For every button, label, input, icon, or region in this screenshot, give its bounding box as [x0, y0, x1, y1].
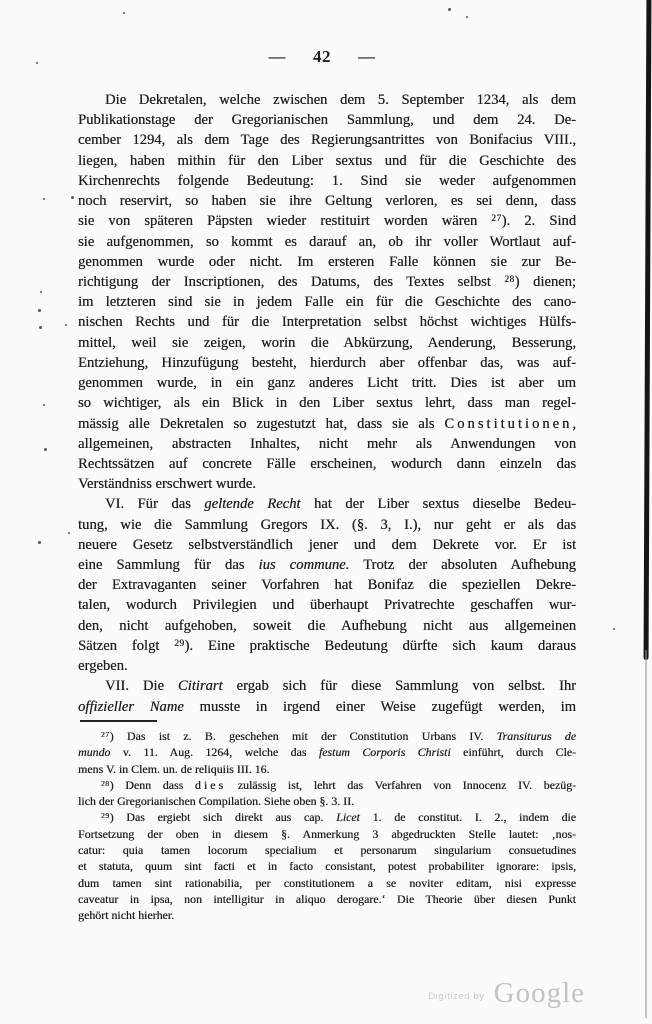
- text-line: genommen wurde oder nicht. Im ersteren F…: [78, 252, 576, 272]
- text-segment: den, nicht aufgehoben, soweit die Aufheb…: [78, 618, 576, 634]
- text-line: cember 1294, als dem Tage des Regierungs…: [78, 130, 576, 150]
- text-segment: musste in irgend einer Weise zugefügt we…: [184, 699, 576, 715]
- page-number-value: 42: [313, 47, 331, 67]
- text-segment: genommen wurde oder nicht. Im ersteren F…: [78, 254, 576, 270]
- text-segment: Verständniss erschwert wurde.: [78, 476, 256, 492]
- text-segment: Die Dekretalen, welche zwischen dem 5. S…: [105, 92, 576, 108]
- text-line: liegen, haben mithin für den Liber sextu…: [78, 151, 576, 171]
- text-segment: mens V. in Clem. un. de reliquiis III. 1…: [78, 762, 269, 776]
- text-line: so wichtiger, als ein Blick in den Liber…: [78, 393, 576, 413]
- text-line: allgemeinen, abstracten Inhaltes, nicht …: [78, 434, 576, 454]
- watermark-prefix: Digitized by: [428, 991, 484, 1002]
- scan-speck: [38, 541, 41, 544]
- text-line: ergeben.: [78, 656, 576, 676]
- text-line: sie von späteren Päpsten wieder restitui…: [78, 211, 576, 231]
- book-page: — 42 — Die Dekretalen, welche zwischen d…: [0, 0, 652, 1024]
- google-logo: Google: [494, 977, 585, 1010]
- text-line: Die Dekretalen, welche zwischen dem 5. S…: [78, 90, 576, 110]
- text-line: im letzteren sind sie in jedem Falle ein…: [78, 292, 576, 312]
- text-line: Kirchenrechts folgende Bedeutung: 1. Sin…: [78, 171, 576, 191]
- text-segment: VII. Die: [105, 678, 178, 694]
- scan-speck: [39, 326, 42, 329]
- text-line: mittel, weil sie zeigen, worin die Abkür…: [78, 333, 576, 353]
- text-line: eine Sammlung für das ius commune. Trotz…: [78, 555, 576, 575]
- text-segment: Transiturus de: [497, 729, 576, 743]
- text-segment: allgemeinen, abstracten Inhaltes, nicht …: [78, 436, 576, 452]
- text-segment: ) Das ergiebt sich direkt aus cap.: [110, 810, 336, 824]
- text-line: Publikationstage der Gregorianischen Sam…: [78, 110, 576, 130]
- scan-speck: [466, 16, 468, 18]
- text-segment: ) Das ist z. B. geschehen mit der Consti…: [110, 729, 497, 743]
- page-edge-line: [645, 650, 647, 1018]
- text-segment: ). Eine praktische Bedeutung dürfte sich…: [185, 638, 576, 654]
- text-segment: Rechtssätzen auf concrete Fälle erschein…: [78, 456, 576, 472]
- page-number-dash-right: —: [358, 47, 376, 67]
- footnote-separator-rule: [80, 720, 157, 722]
- text-line: VI. Für das geltende Recht hat der Liber…: [78, 494, 576, 514]
- text-segment: noch reservirt, so haben sie ihre Geltun…: [78, 193, 576, 209]
- scan-speck: [123, 12, 125, 14]
- footnote-marker: 29: [101, 811, 110, 820]
- text-segment: VI. Für das: [105, 496, 204, 512]
- text-line: talen, wodurch Privilegien und überhaupt…: [78, 595, 576, 615]
- text-segment: gehört nicht hierher.: [78, 908, 174, 922]
- scan-speck: [43, 404, 45, 406]
- text-segment: Licet: [336, 810, 360, 824]
- text-segment: Citirart: [178, 678, 223, 694]
- text-segment: Constitutionen: [444, 416, 572, 432]
- text-segment: ) Denn dass: [110, 778, 195, 792]
- text-segment: neuere Gesetz selbstverständlich jener u…: [78, 537, 576, 553]
- text-segment: Trotz der absoluten Aufhebung: [349, 557, 576, 573]
- scan-speck: [36, 62, 38, 64]
- text-line: Entziehung, Hinzufügung besteht, hierdur…: [78, 353, 576, 373]
- text-segment: caveatur in ipsa, non intelligitur in al…: [78, 892, 576, 906]
- text-line: gehört nicht hierher.: [78, 907, 576, 923]
- text-segment: nischen Rechts und für die Interpretatio…: [78, 314, 576, 330]
- text-segment: ius commune.: [259, 557, 350, 573]
- scan-speck: [43, 198, 45, 200]
- footnote-marker: 29: [174, 639, 184, 649]
- text-segment: talen, wodurch Privilegien und überhaupt…: [78, 597, 576, 613]
- text-line: offizieller Name musste in irgend einer …: [78, 697, 576, 717]
- main-text-block: Die Dekretalen, welche zwischen dem 5. S…: [78, 90, 576, 717]
- text-line: et statuta, quum sint facti et in facto …: [78, 858, 576, 874]
- text-line: 29) Das ergiebt sich direkt aus cap. Lic…: [78, 809, 576, 825]
- text-line: genommen wurde, in ein ganz anderes Lich…: [78, 373, 576, 393]
- text-segment: sie von späteren Päpsten wieder restitui…: [78, 213, 491, 229]
- text-line: der Extravaganten seiner Vorfahren hat B…: [78, 575, 576, 595]
- text-line: 27) Das ist z. B. geschehen mit der Cons…: [78, 728, 576, 744]
- text-line: noch reservirt, so haben sie ihre Geltun…: [78, 191, 576, 211]
- footnote-marker: 28: [504, 275, 514, 285]
- text-segment: ,: [572, 416, 576, 432]
- text-segment: tung, wie die Sammlung Gregors IX. (§. 3…: [78, 517, 576, 533]
- scan-speck: [38, 309, 41, 312]
- text-segment: dum tamen sint rationabilia, per constit…: [78, 876, 576, 890]
- scan-speck: [68, 532, 70, 534]
- text-segment: einführt, durch Cle-: [451, 745, 576, 759]
- text-segment: dies: [195, 778, 226, 792]
- text-line: mässig alle Dekretalen so zugestutzt hat…: [78, 414, 576, 434]
- text-segment: ergab sich für diese Sammlung von selbst…: [223, 678, 576, 694]
- text-line: caveatur in ipsa, non intelligitur in al…: [78, 891, 576, 907]
- page-number: — 42 —: [0, 47, 644, 67]
- text-segment: catur: quia tamen locorum specialium et …: [78, 843, 576, 857]
- text-segment: eine Sammlung für das: [78, 557, 259, 573]
- scan-speck: [40, 291, 42, 293]
- page-number-dash-left: —: [269, 47, 287, 67]
- text-segment: Fortsetzung der oben in diesem §. Anmerk…: [78, 827, 576, 841]
- text-line: mens V. in Clem. un. de reliquiis III. 1…: [78, 761, 576, 777]
- text-segment: lich der Gregorianischen Compilation. Si…: [78, 794, 354, 808]
- text-segment: hat der Liber sextus dieselbe Bedeu-: [300, 496, 576, 512]
- text-segment: ). 2. Sind: [502, 213, 576, 229]
- text-line: Verständniss erschwert wurde.: [78, 474, 576, 494]
- text-line: catur: quia tamen locorum specialium et …: [78, 842, 576, 858]
- footnotes-block: 27) Das ist z. B. geschehen mit der Cons…: [78, 728, 576, 924]
- text-line: sie aufgenommen, so kommt es darauf an, …: [78, 232, 576, 252]
- text-line: neuere Gesetz selbstverständlich jener u…: [78, 535, 576, 555]
- text-segment: sie aufgenommen, so kommt es darauf an, …: [78, 234, 576, 250]
- page-edge-shadow: [644, 0, 652, 660]
- text-segment: mundo: [78, 745, 110, 759]
- scan-speck: [448, 8, 451, 11]
- text-line: richtigung der Inscriptionen, des Datums…: [78, 272, 576, 292]
- text-line: den, nicht aufgehoben, soweit die Aufheb…: [78, 616, 576, 636]
- text-segment: Entziehung, Hinzufügung besteht, hierdur…: [78, 355, 576, 371]
- scan-speck: [613, 628, 615, 630]
- text-segment: richtigung der Inscriptionen, des Datums…: [78, 274, 504, 290]
- text-segment: et statuta, quum sint facti et in facto …: [78, 859, 576, 873]
- text-line: Sätzen folgt 29). Eine praktische Bedeut…: [78, 636, 576, 656]
- text-line: nischen Rechts und für die Interpretatio…: [78, 312, 576, 332]
- text-segment: zulässig ist, lehrt das Verfahren von In…: [226, 778, 576, 792]
- text-segment: 1. de constitut. I. 2., indem die: [360, 810, 576, 824]
- text-line: Fortsetzung der oben in diesem §. Anmerk…: [78, 826, 576, 842]
- text-line: dum tamen sint rationabilia, per constit…: [78, 875, 576, 891]
- text-segment: mittel, weil sie zeigen, worin die Abkür…: [78, 335, 576, 351]
- footnote-marker: 28: [101, 779, 110, 788]
- text-segment: Kirchenrechts folgende Bedeutung: 1. Sin…: [78, 173, 576, 189]
- text-segment: Publikationstage der Gregorianischen Sam…: [78, 112, 576, 128]
- text-segment: ) dienen;: [515, 274, 576, 290]
- scan-speck: [44, 448, 47, 451]
- text-line: mundo v. 11. Aug. 1264, welche das festu…: [78, 744, 576, 760]
- text-segment: ergeben.: [78, 658, 128, 674]
- text-line: lich der Gregorianischen Compilation. Si…: [78, 793, 576, 809]
- text-segment: genommen wurde, in ein ganz anderes Lich…: [78, 375, 576, 391]
- text-segment: cember 1294, als dem Tage des Regierungs…: [78, 132, 576, 148]
- text-segment: Sätzen folgt: [78, 638, 174, 654]
- text-segment: v. 11. Aug. 1264, welche das: [110, 745, 318, 759]
- google-watermark: Digitized by Google: [0, 977, 585, 1010]
- text-line: VII. Die Citirart ergab sich für diese S…: [78, 676, 576, 696]
- text-line: 28) Denn dass dies zulässig ist, lehrt d…: [78, 777, 576, 793]
- text-segment: geltende Recht: [204, 496, 300, 512]
- text-segment: liegen, haben mithin für den Liber sextu…: [78, 153, 576, 169]
- text-line: tung, wie die Sammlung Gregors IX. (§. 3…: [78, 515, 576, 535]
- text-segment: mässig alle Dekretalen so zugestutzt hat…: [78, 416, 444, 432]
- text-segment: so wichtiger, als ein Blick in den Liber…: [78, 395, 576, 411]
- scan-speck: [65, 324, 67, 326]
- text-segment: im letzteren sind sie in jedem Falle ein…: [78, 294, 576, 310]
- text-segment: der Extravaganten seiner Vorfahren hat B…: [78, 577, 576, 593]
- text-segment: festum Corporis Christi: [319, 745, 451, 759]
- scan-speck: [71, 196, 74, 199]
- text-segment: offizieller Name: [78, 699, 184, 715]
- footnote-marker: 27: [101, 730, 110, 739]
- footnote-marker: 27: [491, 214, 501, 224]
- text-line: Rechtssätzen auf concrete Fälle erschein…: [78, 454, 576, 474]
